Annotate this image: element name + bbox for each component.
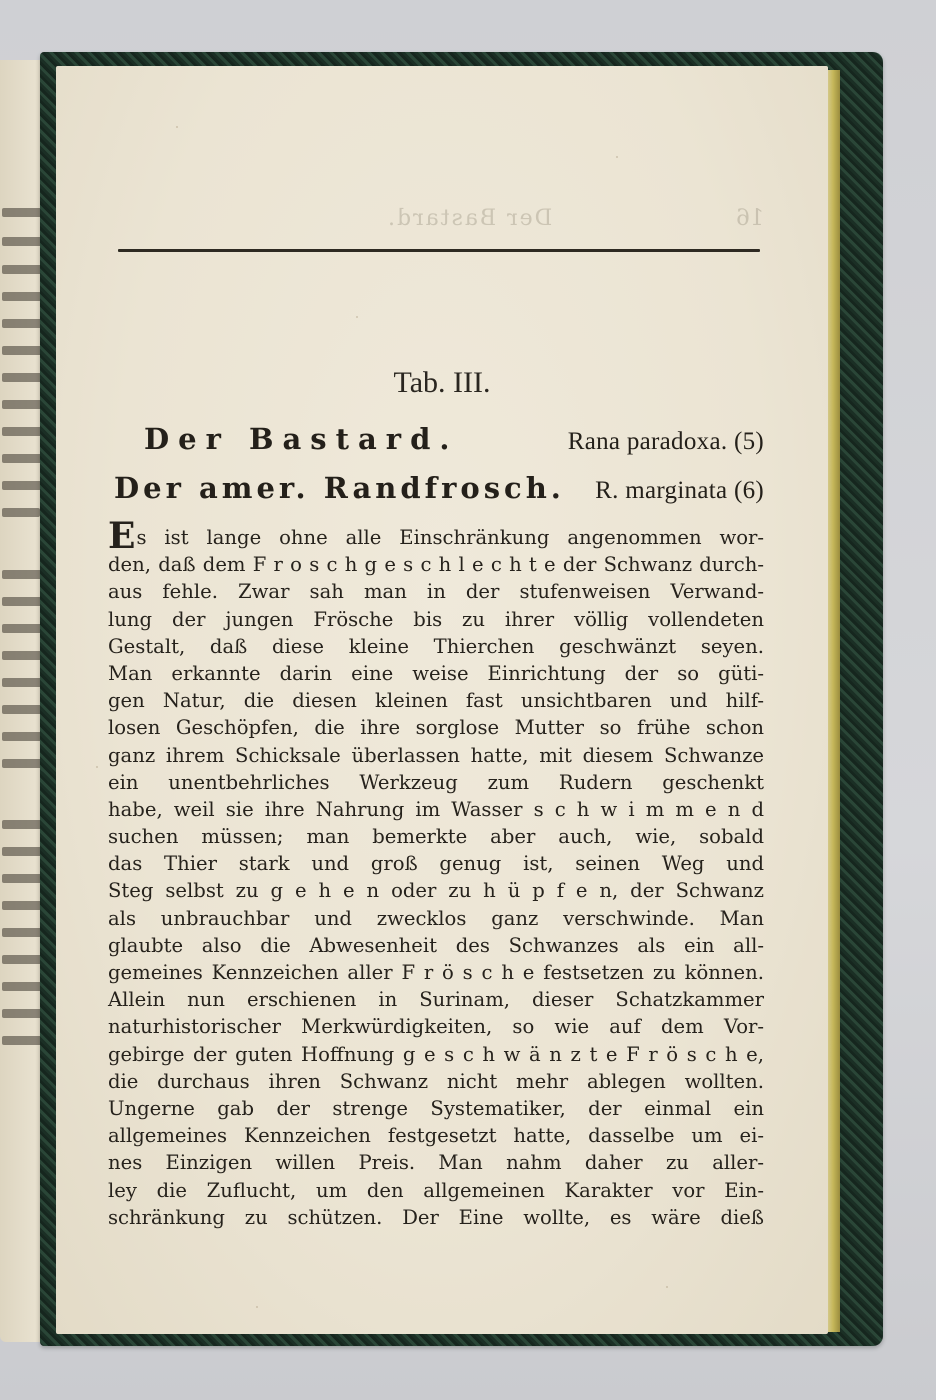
text-line: Allein nun erschienen in Surinam, dieser… bbox=[108, 986, 764, 1013]
header-rule bbox=[118, 249, 760, 252]
text-line: glaubte also die Abwesenheit des Schwanz… bbox=[108, 932, 764, 959]
facing-page-text-fragment bbox=[2, 982, 44, 991]
text-line: das Thier stark und groß genug ist, sein… bbox=[108, 850, 764, 877]
text-line: naturhistorischer Merkwürdigkeiten, so w… bbox=[108, 1013, 764, 1040]
text-line: habe, weil sie ihre Nahrung im Wasser s … bbox=[108, 796, 764, 823]
text-line: Man erkannte darin eine weise Einrichtun… bbox=[108, 660, 764, 687]
facing-page-text-fragment bbox=[2, 1036, 42, 1045]
facing-page-text-fragment bbox=[2, 265, 44, 274]
bleed-through-running-head: Der Bastard. bbox=[386, 206, 552, 231]
facing-page-text-fragment bbox=[2, 508, 40, 517]
text-line: ley die Zuflucht, um den allgemeinen Kar… bbox=[108, 1177, 764, 1204]
text-line: nes Einzigen willen Preis. Man nahm dahe… bbox=[108, 1149, 764, 1176]
facing-page-text-fragment bbox=[2, 319, 42, 328]
species-heading-2: Der amer. Randfrosch. R. marginata (6) bbox=[114, 471, 764, 505]
common-name: Der Bastard. bbox=[144, 422, 458, 456]
text-line: die durchaus ihren Schwanz nicht mehr ab… bbox=[108, 1068, 764, 1095]
text-line: den, daß dem F r o s c h g e s c h l e c… bbox=[108, 551, 764, 578]
common-name: Der amer. Randfrosch. bbox=[114, 471, 565, 505]
text-line: gen Natur, die diesen kleinen fast unsic… bbox=[108, 687, 764, 714]
facing-page-text-fragment bbox=[2, 874, 44, 883]
body-paragraph: Es ist lange ohne alle Einschränkung ang… bbox=[108, 524, 764, 1231]
text-line: ganz ihrem Schicksale überlassen hatte, … bbox=[108, 742, 764, 769]
facing-page-text-fragment bbox=[2, 928, 42, 937]
text-line: allgemeines Kennzeichen festgesetzt hatt… bbox=[108, 1122, 764, 1149]
page-block-edge bbox=[826, 70, 840, 1332]
facing-page-text-fragment bbox=[2, 624, 44, 633]
text-line: Gestalt, daß diese kleine Thierchen gesc… bbox=[108, 633, 764, 660]
facing-page-text-fragment bbox=[2, 570, 42, 579]
text-line: gebirge der guten Hoffnung g e s c h w ä… bbox=[108, 1041, 764, 1068]
text-line: lung der jungen Frösche bis zu ihrer völ… bbox=[108, 606, 764, 633]
scientific-name: Rana paradoxa. (5) bbox=[568, 428, 764, 456]
text-line: Steg selbst zu g e h e n oder zu h ü p f… bbox=[108, 877, 764, 904]
facing-page-text-fragment bbox=[2, 678, 42, 687]
text-line: aus fehle. Zwar sah man in der stufenwei… bbox=[108, 578, 764, 605]
text-line: Es ist lange ohne alle Einschränkung ang… bbox=[108, 524, 764, 551]
text-line: als unbrauchbar und zwecklos ganz versch… bbox=[108, 905, 764, 932]
text-line: gemeines Kennzeichen aller F r ö s c h e… bbox=[108, 959, 764, 986]
facing-page-text-fragment bbox=[2, 820, 42, 829]
facing-page-text-fragment bbox=[2, 454, 44, 463]
text-line: Ungerne gab der strenge Systematiker, de… bbox=[108, 1095, 764, 1122]
scientific-name: R. marginata (6) bbox=[595, 477, 764, 505]
bleed-through-page-number: 16 bbox=[736, 206, 764, 231]
facing-page-text-fragment bbox=[2, 373, 44, 382]
facing-page-text-fragment bbox=[2, 732, 44, 741]
text-line: losen Geschöpfen, die ihre sorglose Mutt… bbox=[108, 714, 764, 741]
book-page-right: Der Bastard. 16 Tab. III. Der Bastard. R… bbox=[56, 66, 828, 1334]
facing-page-text-fragment bbox=[2, 208, 42, 217]
species-heading-1: Der Bastard. Rana paradoxa. (5) bbox=[114, 422, 764, 456]
text-line: ein unentbehrliches Werkzeug zum Rudern … bbox=[108, 769, 764, 796]
text-line: schränkung zu schützen. Der Eine wollte,… bbox=[108, 1204, 764, 1231]
plate-label: Tab. III. bbox=[56, 366, 828, 400]
text-line: suchen müssen; man bemerkte aber auch, w… bbox=[108, 823, 764, 850]
